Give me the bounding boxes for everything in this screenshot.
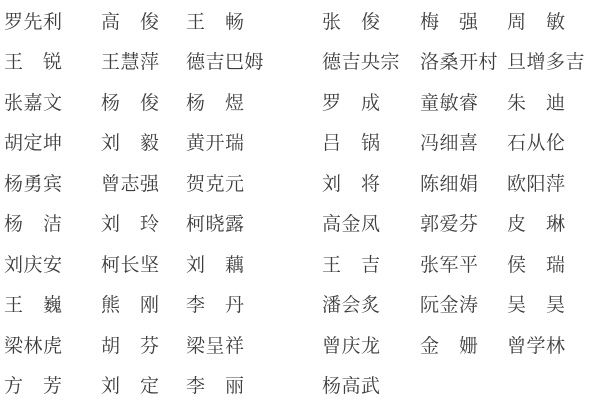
name-cell: 周 敏 (507, 2, 599, 43)
name-cell: 刘 藕 (186, 245, 322, 286)
name-grid: 罗先利高 俊王 畅张 俊梅 强周 敏王 锐王慧萍德吉巴姆德吉央宗洛桑开村旦增多吉… (0, 0, 599, 407)
name-cell: 高 俊 (101, 2, 186, 43)
name-cell: 王 畅 (186, 2, 322, 43)
name-cell: 李 丽 (186, 367, 322, 407)
name-cell: 高金凤 (322, 205, 420, 246)
name-cell: 贺克元 (186, 164, 322, 205)
name-cell: 旦增多吉 (507, 43, 599, 84)
name-cell: 柯长坚 (101, 245, 186, 286)
name-cell: 王 吉 (322, 245, 420, 286)
name-cell: 杨 俊 (101, 83, 186, 124)
name-cell: 梁林虎 (4, 326, 101, 367)
name-cell: 刘 毅 (101, 124, 186, 165)
name-cell: 刘 玲 (101, 205, 186, 246)
name-cell: 朱 迪 (507, 83, 599, 124)
name-cell: 刘庆安 (4, 245, 101, 286)
name-cell: 王 巍 (4, 286, 101, 327)
empty-cell (420, 367, 507, 407)
name-cell: 曾庆龙 (322, 326, 420, 367)
name-cell: 杨高武 (322, 367, 420, 407)
name-cell: 曾学林 (507, 326, 599, 367)
name-cell: 吕 锅 (322, 124, 420, 165)
name-cell: 熊 刚 (101, 286, 186, 327)
name-cell: 张 俊 (322, 2, 420, 43)
name-cell: 罗先利 (4, 2, 101, 43)
name-cell: 德吉巴姆 (186, 43, 322, 84)
name-cell: 陈细娟 (420, 164, 507, 205)
name-cell: 梅 强 (420, 2, 507, 43)
name-cell: 胡定坤 (4, 124, 101, 165)
name-cell: 王 锐 (4, 43, 101, 84)
name-cell: 皮 琳 (507, 205, 599, 246)
name-cell: 石从伦 (507, 124, 599, 165)
name-cell: 欧阳萍 (507, 164, 599, 205)
name-cell: 童敏睿 (420, 83, 507, 124)
empty-cell (507, 367, 599, 407)
name-cell: 吴 昊 (507, 286, 599, 327)
name-cell: 杨 煜 (186, 83, 322, 124)
name-cell: 胡 芬 (101, 326, 186, 367)
name-cell: 郭爱芬 (420, 205, 507, 246)
name-cell: 张嘉文 (4, 83, 101, 124)
name-cell: 金 姗 (420, 326, 507, 367)
name-cell: 阮金涛 (420, 286, 507, 327)
name-cell: 方 芳 (4, 367, 101, 407)
name-cell: 杨勇宾 (4, 164, 101, 205)
name-cell: 李 丹 (186, 286, 322, 327)
name-cell: 杨 洁 (4, 205, 101, 246)
name-cell: 柯晓露 (186, 205, 322, 246)
name-cell: 罗 成 (322, 83, 420, 124)
name-cell: 曾志强 (101, 164, 186, 205)
name-cell: 潘会炙 (322, 286, 420, 327)
name-cell: 洛桑开村 (420, 43, 507, 84)
name-cell: 侯 瑞 (507, 245, 599, 286)
name-cell: 黄开瑞 (186, 124, 322, 165)
name-cell: 梁呈祥 (186, 326, 322, 367)
name-cell: 刘 将 (322, 164, 420, 205)
name-cell: 张军平 (420, 245, 507, 286)
name-cell: 王慧萍 (101, 43, 186, 84)
name-cell: 刘 定 (101, 367, 186, 407)
name-cell: 德吉央宗 (322, 43, 420, 84)
name-cell: 冯细喜 (420, 124, 507, 165)
